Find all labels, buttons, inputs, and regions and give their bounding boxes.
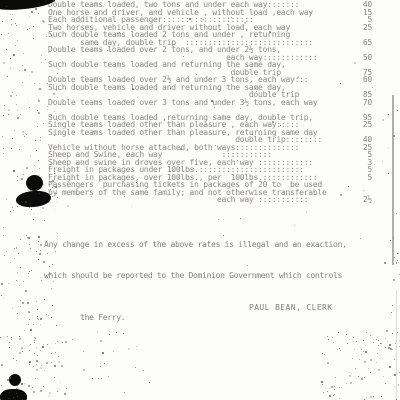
rate-description: each way ::::::::::: [48, 196, 346, 204]
rate-amount: 70 [346, 99, 372, 107]
scan-edge-line [396, 290, 397, 400]
scanned-page: Double teams loaded, two tons and under … [0, 0, 400, 400]
rate-line: Double teams loaded over 3 tons and unde… [48, 99, 372, 107]
footer-paragraph: Any change in excess of the above rates … [44, 219, 372, 335]
ink-blob-left-bar [15, 190, 51, 209]
rate-line: each way ::::::::::: 2½ [48, 196, 372, 204]
footer-line: which should be reported to the Dominion… [44, 271, 372, 282]
rate-description: Double teams loaded over 3 tons and unde… [48, 99, 346, 107]
rate-amount: 50 [346, 54, 372, 62]
rate-amount: 60 [346, 76, 372, 84]
rate-amount: 2½ [346, 196, 372, 204]
rate-amount: 65 [346, 39, 372, 47]
rate-amount: 25 [346, 24, 372, 32]
footer-line: the Ferry. [80, 313, 125, 322]
footer-signature-row: the Ferry. PAUL BEAN, CLERK [44, 303, 372, 314]
rate-amount: 25 [346, 121, 372, 129]
clerk-signature: PAUL BEAN, CLERK [249, 303, 332, 314]
ink-blob-bottom-bar [0, 389, 27, 400]
document-body: Double teams loaded, two tons and under … [48, 1, 372, 334]
ink-blob-bottom-dot [9, 374, 21, 386]
rate-amount: 5 [346, 174, 372, 182]
footer-line: Any change in excess of the above rates … [44, 240, 372, 251]
scan-edge-line [392, 95, 394, 265]
ink-blob-left-dot [26, 175, 43, 191]
rates-table: Double teams loaded, two tons and under … [48, 1, 372, 204]
